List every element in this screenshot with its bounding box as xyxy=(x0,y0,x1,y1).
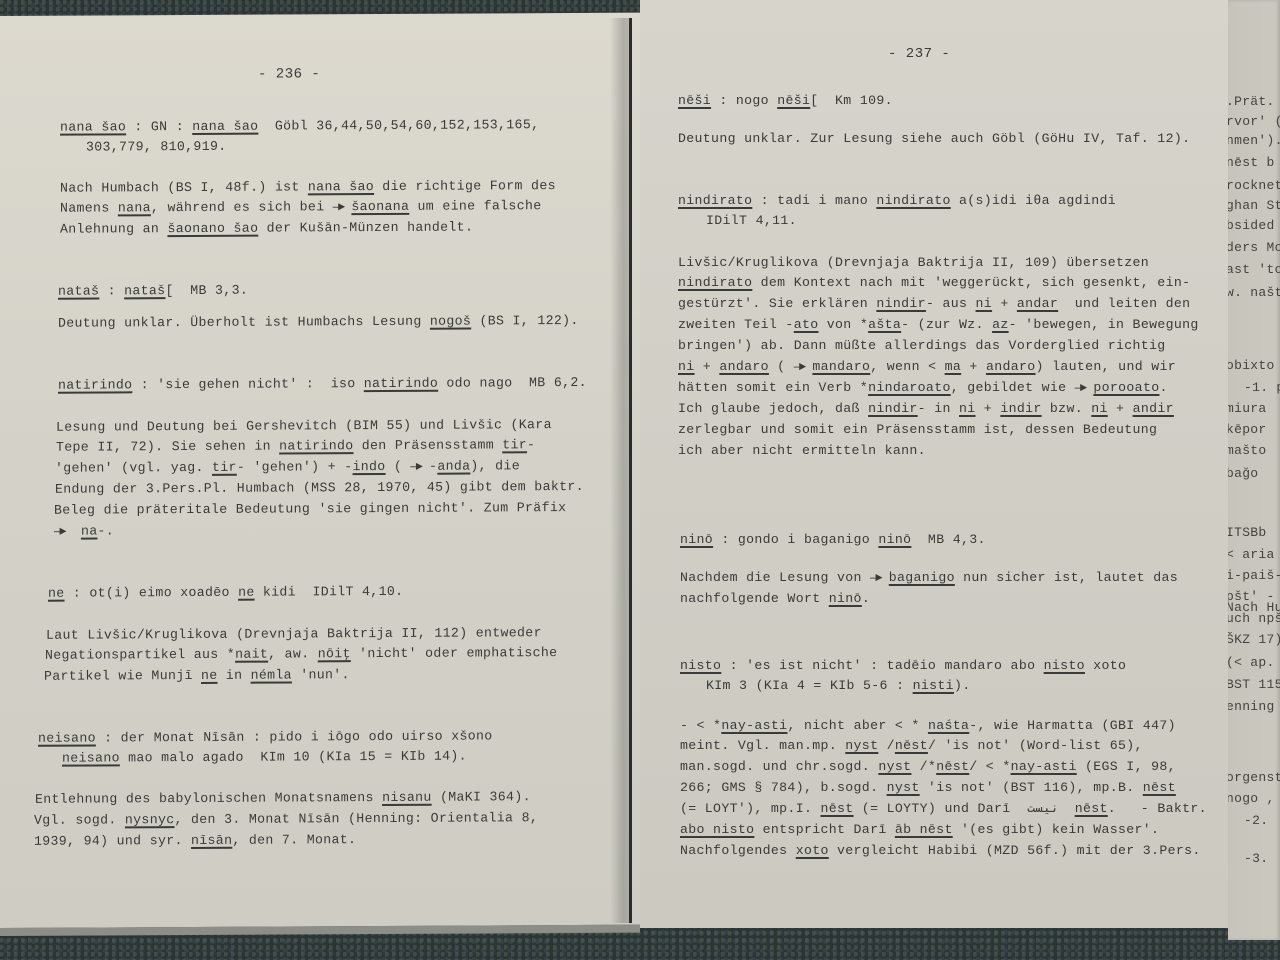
text-segment: mao malo agado KIm 10 (KIa 15 = KIb 14). xyxy=(120,749,467,766)
underlined-term: nyst xyxy=(878,759,911,774)
next-page-fragment: -3. xyxy=(1244,851,1268,866)
underlined-term: nogoš xyxy=(430,314,471,329)
text-segment: nun sicher ist, lautet das xyxy=(955,570,1178,585)
text-segment: -. xyxy=(97,523,114,538)
underlined-term: nisti xyxy=(913,678,954,693)
left-page-line: natirindo : 'sie gehen nicht' : iso nati… xyxy=(58,375,587,393)
underlined-term: šaonano šao xyxy=(167,221,258,236)
text-segment: Nachfolgendes xyxy=(680,843,796,858)
text-segment: 'nicht' oder emphatische xyxy=(351,645,558,661)
next-page-fragment: BST 115 xyxy=(1228,677,1280,692)
underlined-term: nisanu xyxy=(382,790,432,805)
text-segment: : tadi i mano xyxy=(752,193,876,208)
text-segment: von * xyxy=(819,317,869,332)
text-segment: gestürzt'. Sie erklären xyxy=(678,296,876,311)
next-page-fragment: .Prät. I xyxy=(1228,94,1280,109)
left-page-line: Partikel wie Munjī ne in némla 'nun'. xyxy=(44,667,350,684)
underlined-term: nana xyxy=(118,200,151,215)
right-page-line: hätten somit ein Verb *nindaroato, gebil… xyxy=(678,380,1168,395)
right-page-line: ni + andaro ( —► mandaro, wenn < ma + an… xyxy=(678,359,1176,374)
text-segment: entspricht Darī xyxy=(754,822,894,837)
underlined-term: nēši xyxy=(678,93,711,108)
text-segment: bringen') ab. Dann müßte allerdings das … xyxy=(678,338,1166,353)
text-segment: : 'es ist nicht' : tadēio mandaro abo xyxy=(721,658,1043,673)
text-segment: ( xyxy=(769,359,794,374)
text-segment: um eine falsche xyxy=(409,198,541,214)
underlined-term: indir xyxy=(1000,401,1041,416)
right-page-line: zweiten Teil -ato von *ašta- (zur Wz. az… xyxy=(678,317,1199,332)
text-segment: vergleicht Habibi (MZD 56f.) mit der 3.P… xyxy=(829,843,1201,858)
text-segment: (EGS I, 98, xyxy=(1077,759,1176,774)
right-page-line: zerlegbar und somit ein Präsensstamm ist… xyxy=(678,422,1157,437)
text-segment: : xyxy=(99,283,124,298)
right-page-line: Nachdem die Lesung von —► baganigo nun s… xyxy=(680,570,1178,585)
text-segment: (= LOYT'), mp.I. xyxy=(680,801,820,816)
underlined-term: mandaro xyxy=(812,359,870,374)
next-page-fragment: Nach Hu xyxy=(1228,600,1280,615)
text-segment: (BS I, 122). xyxy=(471,313,578,329)
left-page-line: Laut Livšic/Kruglikova (Drevnjaja Baktri… xyxy=(46,625,542,643)
right-page-line: 266; GMS § 784), b.sogd. nyst 'is not' (… xyxy=(680,780,1176,795)
next-page-edge: .Prät. Irvor' (:nmen').nēst brocknetegha… xyxy=(1228,0,1280,940)
left-page-text: nana šao : GN : nana šao Göbl 36,44,50,5… xyxy=(0,13,640,16)
next-page-fragment: rocknete xyxy=(1228,178,1280,193)
text-segment: [ MB 3,3. xyxy=(165,283,248,298)
underlined-term: nēši xyxy=(777,93,810,108)
underlined-term: ne xyxy=(238,585,255,600)
right-page-line: abo nisto entspricht Darī āb nēst '(es g… xyxy=(680,822,1159,837)
text-segment: , nicht aber < * xyxy=(787,718,927,733)
underlined-term: andaro xyxy=(719,359,769,374)
text-segment: , während es sich bei xyxy=(151,199,333,215)
text-segment: ). xyxy=(954,678,971,693)
text-segment: - < * xyxy=(680,718,721,733)
underlined-term: nōiţ xyxy=(318,646,351,661)
text-segment: hätten somit ein Verb * xyxy=(678,380,868,395)
underlined-term: tir xyxy=(502,437,527,452)
text-segment: dem Kontext nach mit 'weggerückt, sich g… xyxy=(752,275,1190,290)
next-page-fragment: < aria xyxy=(1228,547,1275,562)
text-segment: , aw. xyxy=(268,646,318,661)
left-page-line: nana šao : GN : nana šao Göbl 36,44,50,5… xyxy=(60,117,539,135)
text-segment: Deutung unklar. Zur Lesung siehe auch Gö… xyxy=(678,131,1190,146)
underlined-term: nindirato xyxy=(678,193,752,208)
text-segment: . - Baktr. xyxy=(1108,801,1207,816)
underlined-term: nēst xyxy=(1075,801,1108,816)
underlined-term: ninō xyxy=(878,532,911,547)
right-page-line: Deutung unklar. Zur Lesung siehe auch Gö… xyxy=(678,131,1190,146)
text-segment: - xyxy=(421,459,438,474)
underlined-term: nēst xyxy=(1143,780,1176,795)
right-page-line: nēši : nogo nēši[ Km 109. xyxy=(678,93,893,108)
text-segment: kidi IDilT 4,10. xyxy=(255,584,404,600)
next-page-fragment: ast 'to xyxy=(1228,262,1280,277)
right-page-line: Livšic/Kruglikova (Drevnjaja Baktrija II… xyxy=(678,255,1149,270)
left-page-line: nataš : nataš[ MB 3,3. xyxy=(58,283,248,299)
underlined-term: az xyxy=(992,317,1009,332)
underlined-term: natirindo xyxy=(58,377,132,392)
next-page-fragment: bağo xyxy=(1228,466,1258,481)
text-segment: /* xyxy=(911,759,936,774)
next-page-fragment: enning xyxy=(1228,699,1275,714)
underlined-term: nindaroato xyxy=(868,380,951,395)
left-page-line: Anlehnung an šaonano šao der Kušān-Münze… xyxy=(60,220,473,237)
underlined-term: andir xyxy=(1133,401,1174,416)
page-number-left: - 236 - xyxy=(258,66,320,82)
text-segment: ) lauten, und wir xyxy=(1036,359,1176,374)
text-segment: . xyxy=(862,591,870,606)
next-page-fragment: nmen'). xyxy=(1228,133,1280,148)
left-page-line: neisano mao malo agado KIm 10 (KIa 15 = … xyxy=(62,749,467,766)
text-segment: in xyxy=(218,668,251,683)
underlined-term: tir xyxy=(212,460,237,475)
next-page-fragment: nogo , xyxy=(1228,791,1275,806)
text-segment: Deutung unklar. Überholt ist Humbachs Le… xyxy=(58,314,430,331)
left-page-line: ne : ot(i) eimo xoadēo ne kidi IDilT 4,1… xyxy=(48,584,403,601)
text-segment: (= LOYTY) und Darī نیست xyxy=(854,801,1075,816)
text-segment: die richtige Form des xyxy=(374,178,556,194)
text-segment: / 'is not' (Word-list 65), xyxy=(928,738,1143,753)
text-segment: zerlegbar und somit ein Präsensstamm ist… xyxy=(678,422,1157,437)
cross-reference-arrow-icon: —► xyxy=(870,571,880,585)
next-page-fragment: ITSBb xyxy=(1228,525,1267,540)
underlined-term: nindirato xyxy=(876,193,950,208)
text-segment: . xyxy=(1159,380,1167,395)
underlined-term: ašta xyxy=(868,317,901,332)
underlined-term: nindir xyxy=(868,401,918,416)
left-page-line: Lesung und Deutung bei Gershevitch (BIM … xyxy=(56,417,552,435)
text-segment: , gebildet wie xyxy=(951,380,1075,395)
cross-reference-arrow-icon: —► xyxy=(410,460,420,474)
underlined-term: nisto xyxy=(680,658,721,673)
left-page-line: 1939, 94) und syr. nīsān, den 7. Monat. xyxy=(34,832,356,849)
right-page-line: meint. Vgl. man.mp. nyst /nēst/ 'is not'… xyxy=(680,738,1143,753)
underlined-term: nyst xyxy=(887,780,920,795)
text-segment: [ Km 109. xyxy=(810,93,893,108)
underlined-term: neisano xyxy=(62,750,120,765)
underlined-term: nēst xyxy=(895,738,928,753)
next-page-fragment: obixto xyxy=(1228,358,1275,373)
left-page-line: Tepe II, 72). Sie sehen in natirindo den… xyxy=(56,437,535,455)
right-page-line: nisto : 'es ist nicht' : tadēio mandaro … xyxy=(680,658,1126,673)
text-segment: : ot(i) eimo xoadēo xyxy=(65,585,239,601)
left-page-line: 303,779, 810,919. xyxy=(86,139,226,155)
text-segment: / < * xyxy=(969,759,1010,774)
next-page-fragment: -1. p xyxy=(1244,380,1280,395)
text-segment: zweiten Teil - xyxy=(678,317,794,332)
underlined-term: ato xyxy=(794,317,819,332)
underlined-term: āb nēst xyxy=(895,822,953,837)
right-page-line: Nachfolgendes xoto vergleicht Habibi (MZ… xyxy=(680,843,1201,858)
underlined-term: nindirato xyxy=(678,275,752,290)
underlined-term: na xyxy=(81,523,98,538)
underlined-term: xoto xyxy=(796,843,829,858)
next-page-fragment: i-paiš- xyxy=(1228,568,1280,583)
text-segment: - in xyxy=(918,401,959,416)
right-page-line: bringen') ab. Dann müßte allerdings das … xyxy=(678,338,1166,353)
text-segment: : nogo xyxy=(711,93,777,108)
right-page-line: IDilT 4,11. xyxy=(706,213,797,228)
text-segment: + xyxy=(961,359,986,374)
right-page-line: nindirato dem Kontext nach mit 'weggerüc… xyxy=(678,275,1190,290)
next-page-fragment: kēpor xyxy=(1228,422,1267,437)
underlined-term: natirindo xyxy=(279,438,353,453)
underlined-term: baganigo xyxy=(889,570,955,585)
text-segment: , den 7. Monat. xyxy=(232,832,356,848)
left-page-line: Nach Humbach (BS I, 48f.) ist nana šao d… xyxy=(60,178,556,196)
right-page-line: nindirato : tadi i mano nindirato a(s)id… xyxy=(678,193,1116,208)
underlined-term: anda xyxy=(437,459,470,474)
left-page-line: Vgl. sogd. nysnyc, den 3. Monat Nīsān (H… xyxy=(34,810,538,828)
right-page-line: gestürzt'. Sie erklären nindir- aus ni +… xyxy=(678,296,1190,311)
text-segment: Laut Livšic/Kruglikova (Drevnjaja Baktri… xyxy=(46,625,542,643)
text-segment: + xyxy=(976,401,1001,416)
underlined-term: naśta xyxy=(928,718,969,733)
text-segment: Göbl 36,44,50,54,60,152,153,165, xyxy=(258,117,539,133)
next-page-fragment: orgenst xyxy=(1228,770,1280,785)
left-page-line: Beleg die präteritale Bedeutung 'sie gin… xyxy=(54,500,566,518)
underlined-term: neisano xyxy=(38,730,96,745)
text-segment: Nachdem die Lesung von xyxy=(680,570,870,585)
cross-reference-arrow-icon: —► xyxy=(333,200,343,214)
cross-reference-arrow-icon: —► xyxy=(1075,381,1085,395)
text-segment: Lesung und Deutung bei Gershevitch (BIM … xyxy=(56,417,552,435)
text-segment: 'is not' (BST 116), mp.B. xyxy=(920,780,1143,795)
text-segment: Nach Humbach (BS I, 48f.) ist xyxy=(60,179,308,195)
underlined-term: ni xyxy=(1091,401,1108,416)
text-segment: ich aber nicht ermitteln kann. xyxy=(678,443,926,458)
underlined-term: nay-asti xyxy=(1011,759,1077,774)
text-segment: (MaKI 364). xyxy=(432,789,531,805)
text-segment: : GN : xyxy=(126,119,192,134)
underlined-term: nana šao xyxy=(192,119,258,134)
next-page-fragment: ders Mo xyxy=(1228,240,1280,255)
underlined-term: nīsān xyxy=(191,833,232,848)
text-segment: : gondo i baganigo xyxy=(713,532,878,547)
text-segment: Entlehnung des babylonischen Monatsnamen… xyxy=(35,790,382,807)
underlined-term: andar xyxy=(1017,296,1058,311)
left-page-line: Deutung unklar. Überholt ist Humbachs Le… xyxy=(58,313,579,331)
next-page-fragment: (< ap. xyxy=(1228,655,1275,670)
text-segment: - aus xyxy=(926,296,976,311)
text-segment: a(s)idi iθa agdindi xyxy=(951,193,1116,208)
text-segment: Vgl. sogd. xyxy=(34,812,125,827)
underlined-term: indo xyxy=(353,459,386,474)
right-page-line: ninō : gondo i baganigo ninō MB 4,3. xyxy=(680,532,986,547)
underlined-term: abo nisto xyxy=(680,822,754,837)
left-page-line: neisano : der Monat Nīsān : pido i iōgo … xyxy=(38,728,493,745)
left-page-line: —► na-. xyxy=(54,523,114,538)
text-segment: Beleg die präteritale Bedeutung 'sie gin… xyxy=(54,500,566,518)
right-page-line: ich aber nicht ermitteln kann. xyxy=(678,443,926,458)
text-segment: Anlehnung an xyxy=(60,221,167,237)
text-segment: meint. Vgl. man.mp. xyxy=(680,738,845,753)
underlined-term: nyst xyxy=(845,738,878,753)
text-segment: -, wie Harmatta (GBI 447) xyxy=(969,718,1176,733)
text-segment: odo nago MB 6,2. xyxy=(438,375,587,391)
text-segment: Namens xyxy=(60,200,118,215)
underlined-term: nataš xyxy=(124,283,165,298)
underlined-term: nana šao xyxy=(308,179,374,194)
text-segment: + xyxy=(1108,401,1133,416)
underlined-term: nindir xyxy=(876,296,926,311)
text-segment: : 'sie gehen nicht' : iso xyxy=(132,376,363,392)
text-segment: und leiten den xyxy=(1058,296,1190,311)
right-page-line: - < *nay-asti, nicht aber < * naśta-, wi… xyxy=(680,718,1176,733)
underlined-term: andaro xyxy=(986,359,1036,374)
next-page-fragment: rvor' (: xyxy=(1228,114,1280,129)
text-segment xyxy=(64,524,81,539)
text-segment: der Kušān-Münzen handelt. xyxy=(258,220,473,236)
left-page-line: Endung der 3.Pers.Pl. Humbach (MSS 28, 1… xyxy=(55,479,584,497)
underlined-term: nana šao xyxy=(60,119,126,134)
underlined-term: ne xyxy=(201,668,218,683)
text-segment: IDilT 4,11. xyxy=(706,213,797,228)
right-page-line: nachfolgende Wort ninō. xyxy=(680,591,870,606)
text-segment: ( xyxy=(386,459,411,474)
underlined-term: nataš xyxy=(58,283,99,298)
text-segment: 'gehen' (vgl. yag. xyxy=(55,460,212,476)
text-segment: + xyxy=(992,296,1017,311)
underlined-term: nysnyc xyxy=(125,812,175,827)
underlined-term: ni xyxy=(678,359,695,374)
text-segment: + xyxy=(695,359,720,374)
text-segment: Partikel wie Munjī xyxy=(44,668,201,684)
underlined-term: šaonana xyxy=(351,199,409,214)
text-segment: Ich glaube jedoch, daß xyxy=(678,401,868,416)
page-number-right: - 237 - xyxy=(888,46,950,62)
next-page-fragment: ŠKZ 17) xyxy=(1228,632,1280,647)
text-segment xyxy=(880,570,888,585)
underlined-term: porooato xyxy=(1093,380,1159,395)
text-segment: bzw. xyxy=(1042,401,1092,416)
left-page-line: Entlehnung des babylonischen Monatsnamen… xyxy=(35,789,531,807)
text-segment: - 'bewegen, in Bewegung xyxy=(1009,317,1199,332)
next-page-fragment: -2. xyxy=(1244,813,1268,828)
underlined-term: nēst xyxy=(936,759,969,774)
binding-spine xyxy=(629,18,632,923)
underlined-term: ninō xyxy=(680,532,713,547)
right-page-line: Ich glaube jedoch, daß nindir- in ni + i… xyxy=(678,401,1174,416)
left-page-line: Namens nana, während es sich bei —► šaon… xyxy=(60,198,542,216)
next-page-fragment: mašto xyxy=(1228,443,1267,458)
text-segment: , wenn < xyxy=(870,359,944,374)
right-page-line: (= LOYT'), mp.I. nēst (= LOYTY) und Darī… xyxy=(680,801,1207,816)
underlined-term: nait xyxy=(235,647,268,662)
cross-reference-arrow-icon: —► xyxy=(54,525,64,539)
text-segment: 1939, 94) und syr. xyxy=(34,833,191,849)
text-segment: Negationspartikel aus * xyxy=(45,647,235,663)
text-segment: man.sogd. und chr.sogd. xyxy=(680,759,878,774)
underlined-term: némla xyxy=(251,667,292,682)
underlined-term: natirindo xyxy=(364,376,438,391)
right-page-line: man.sogd. und chr.sogd. nyst /*nēst/ < *… xyxy=(680,759,1176,774)
right-page-line: KIm 3 (KIa 4 = KIb 5-6 : nisti). xyxy=(706,678,970,693)
text-segment: KIm 3 (KIa 4 = KIb 5-6 : xyxy=(706,678,913,693)
text-segment: Livšic/Kruglikova (Drevnjaja Baktrija II… xyxy=(678,255,1149,270)
text-segment: xoto xyxy=(1085,658,1126,673)
next-page-fragment: nēst b xyxy=(1228,155,1275,170)
text-segment: nachfolgende Wort xyxy=(680,591,829,606)
left-page-line: 'gehen' (vgl. yag. tir- 'gehen') + -indo… xyxy=(55,458,520,475)
text-segment: Endung der 3.Pers.Pl. Humbach (MSS 28, 1… xyxy=(55,479,584,497)
text-segment: , den 3. Monat Nīsān (Henning: Orientali… xyxy=(175,810,539,827)
underlined-term: nēst xyxy=(820,801,853,816)
left-page: - 236 - nana šao : GN : nana šao Göbl 36… xyxy=(0,13,640,936)
text-segment: / xyxy=(878,738,895,753)
text-segment: - xyxy=(527,437,535,452)
text-segment: 'nun'. xyxy=(292,667,350,682)
underlined-term: ne xyxy=(48,586,65,601)
text-segment: MB 4,3. xyxy=(911,532,985,547)
text-segment: : der Monat Nīsān : pido i iōgo odo uirs… xyxy=(96,728,493,745)
text-segment: - (zur Wz. xyxy=(901,317,992,332)
next-page-fragment: ghan St xyxy=(1228,198,1280,213)
text-segment: - 'gehen') + - xyxy=(237,459,353,475)
cross-reference-arrow-icon: —► xyxy=(794,360,804,374)
underlined-term: ni xyxy=(976,296,993,311)
left-page-line: Negationspartikel aus *nait, aw. nōiţ 'n… xyxy=(45,645,557,663)
next-page-fragment: miura xyxy=(1228,401,1267,416)
text-segment: 266; GMS § 784), b.sogd. xyxy=(680,780,887,795)
right-page: - 237 - nēši : nogo nēši[ Km 109.Deutung… xyxy=(640,0,1230,928)
text-segment: ), die xyxy=(470,458,520,473)
underlined-term: nay-asti xyxy=(721,718,787,733)
text-segment: den Präsensstamm xyxy=(354,437,503,453)
text-segment: 303,779, 810,919. xyxy=(86,139,226,155)
underlined-term: nisto xyxy=(1044,658,1085,673)
underlined-term: ma xyxy=(945,359,962,374)
text-segment: '(es gibt) kein Wasser'. xyxy=(953,822,1160,837)
underlined-term: ninō xyxy=(829,591,862,606)
underlined-term: ni xyxy=(959,401,976,416)
text-segment: Tepe II, 72). Sie sehen in xyxy=(56,439,279,455)
next-page-fragment: bsided xyxy=(1228,218,1275,233)
next-page-fragment: w. našta xyxy=(1228,285,1280,300)
